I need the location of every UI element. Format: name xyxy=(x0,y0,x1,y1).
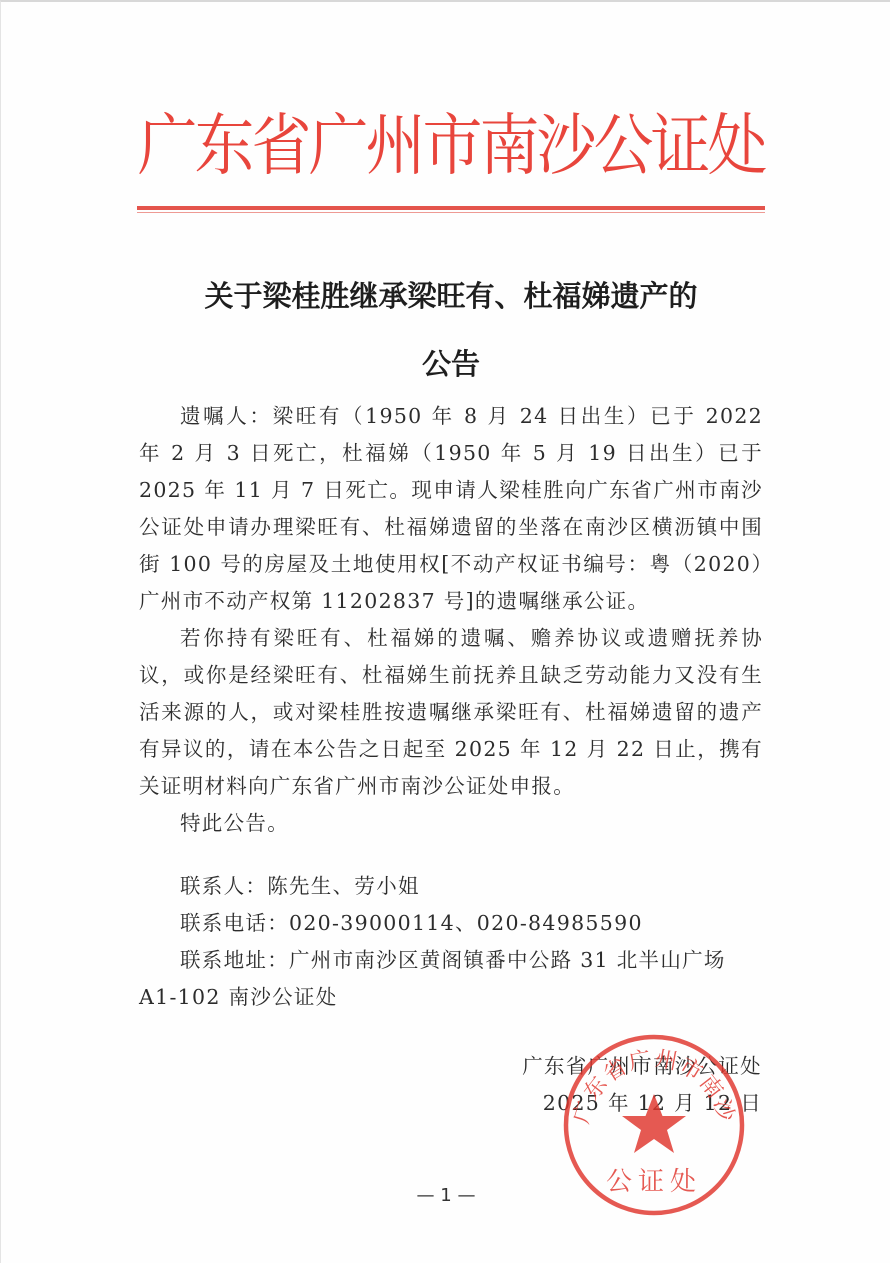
organization-heading: 广东省广州市南沙公证处 xyxy=(131,90,771,202)
signature-block: 广东省广州市南沙公证处 2025 年 12 月 12 日 xyxy=(522,1048,762,1122)
red-divider-rule xyxy=(137,206,765,210)
signature-date: 2025 年 12 月 12 日 xyxy=(522,1085,762,1122)
document-page: 广东省广州市南沙公证处 关于梁桂胜继承梁旺有、杜福娣遗产的 公告 遗嘱人：梁旺有… xyxy=(0,0,890,1263)
notice-title-line2: 公告 xyxy=(131,342,771,383)
body-paragraph-will: 遗嘱人：梁旺有（1950 年 8 月 24 日出生）已于 2022 年 2 月 … xyxy=(139,398,763,620)
page-number: — 1 — xyxy=(1,1185,890,1206)
notice-body: 遗嘱人：梁旺有（1950 年 8 月 24 日出生）已于 2022 年 2 月 … xyxy=(139,398,763,842)
body-paragraph-closing: 特此公告。 xyxy=(139,805,763,842)
contact-person: 联系人：陈先生、劳小姐 xyxy=(139,868,763,905)
red-divider-rule-thin xyxy=(137,212,765,213)
contact-address: 联系地址：广州市南沙区黄阁镇番中公路 31 北半山广场 A1-102 南沙公证处 xyxy=(139,942,763,1016)
signature-organization: 广东省广州市南沙公证处 xyxy=(522,1048,762,1085)
notice-title-line1: 关于梁桂胜继承梁旺有、杜福娣遗产的 xyxy=(131,274,771,315)
body-paragraph-objection: 若你持有梁旺有、杜福娣的遗嘱、赡养协议或遗赠抚养协议，或你是经梁旺有、杜福娣生前… xyxy=(139,620,763,805)
contact-phone: 联系电话：020-39000114、020-84985590 xyxy=(139,905,763,942)
contact-block: 联系人：陈先生、劳小姐 联系电话：020-39000114、020-849855… xyxy=(139,868,763,1016)
